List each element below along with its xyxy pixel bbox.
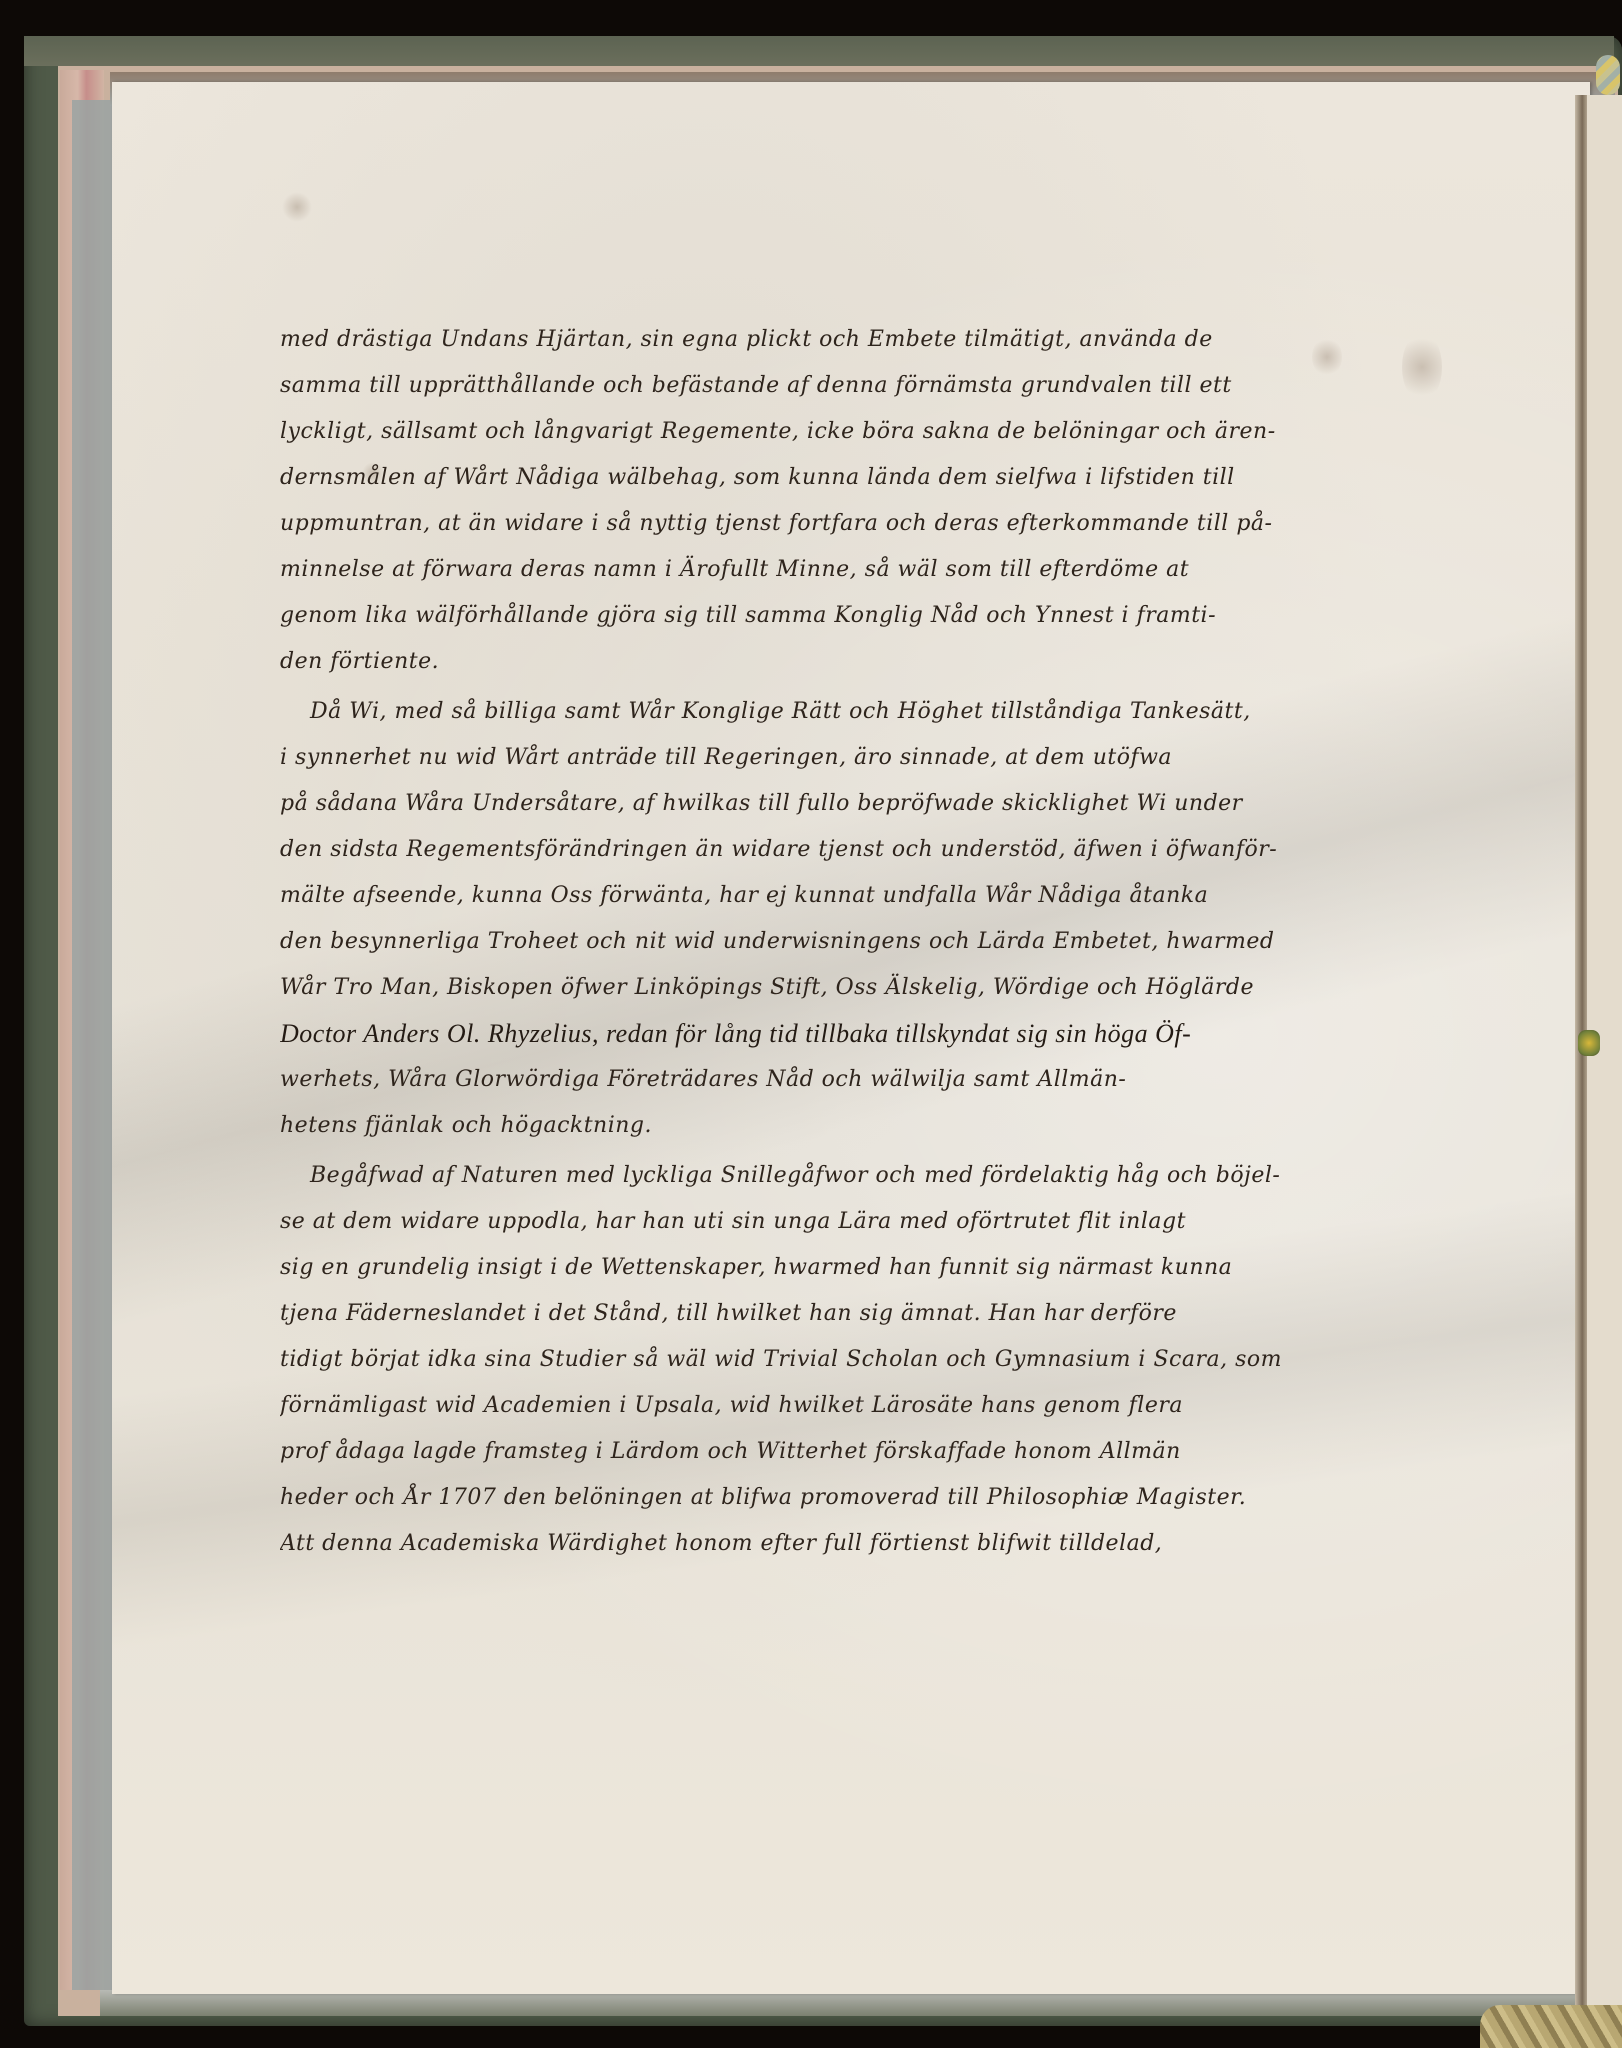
paragraph-2: Då Wi, med så billiga samt Wår Konglige … bbox=[280, 690, 1460, 1148]
text-line: samma till upprätthållande och befästand… bbox=[280, 364, 1460, 408]
text-line: Wår Tro Man, Biskopen öfwer Linköpings S… bbox=[280, 966, 1460, 1010]
text-line: den sidsta Regementsförändringen än wida… bbox=[280, 828, 1460, 872]
line-text: dernsmålen af Wårt Nådiga wälbehag, som … bbox=[280, 456, 1235, 500]
line-text: genom lika wälförhållande gjöra sig till… bbox=[280, 594, 1216, 638]
text-line: sig en grundelig insigt i de Wettenskape… bbox=[280, 1246, 1460, 1290]
line-text: tidigt börjat idka sina Studier så wäl w… bbox=[280, 1338, 1282, 1382]
line-text: heder och År 1707 den belöningen at blif… bbox=[280, 1476, 1246, 1520]
text-line: dernsmålen af Wårt Nådiga wälbehag, som … bbox=[280, 456, 1460, 500]
text-line: den förtiente. bbox=[280, 640, 1460, 684]
text-line: Då Wi, med så billiga samt Wår Konglige … bbox=[280, 690, 1460, 734]
paragraph-1: med drästiga Undans Hjärtan, sin egna pl… bbox=[280, 318, 1460, 684]
line-text: samma till upprätthållande och befästand… bbox=[280, 364, 1232, 408]
text-line: Att denna Academiska Wärdighet honom eft… bbox=[280, 1522, 1460, 1566]
bookmark-cord bbox=[1480, 2005, 1622, 2048]
line-text: sig en grundelig insigt i de Wettenskape… bbox=[280, 1246, 1232, 1290]
paper-stain bbox=[282, 192, 312, 222]
text-line: se at dem widare uppodla, har han uti si… bbox=[280, 1200, 1460, 1244]
line-text: hetens fjänlak och högacktning. bbox=[280, 1104, 652, 1148]
line-text: med drästiga Undans Hjärtan, sin egna pl… bbox=[280, 318, 1213, 362]
line-text: på sådana Wåra Undersåtare, af hwilkas t… bbox=[280, 782, 1243, 826]
text-line-highlighted-name: Doctor Anders Ol. Rhyzelius, redan för l… bbox=[280, 1012, 1460, 1056]
binding-thread-knot bbox=[1578, 1030, 1600, 1056]
text-line: lyckligt, sällsamt och långvarigt Regeme… bbox=[280, 410, 1460, 454]
line-text: den sidsta Regementsförändringen än wida… bbox=[280, 828, 1277, 872]
text-line: minnelse at förwara deras namn i Ärofull… bbox=[280, 548, 1460, 592]
manuscript-text: med drästiga Undans Hjärtan, sin egna pl… bbox=[280, 318, 1460, 1566]
text-line: mälte afseende, kunna Oss förwänta, har … bbox=[280, 874, 1460, 918]
line-text: tjena Fäderneslandet i det Stånd, till h… bbox=[280, 1292, 1177, 1336]
text-line: tidigt börjat idka sina Studier så wäl w… bbox=[280, 1338, 1460, 1382]
text-line: förnämligast wid Academien i Upsala, wid… bbox=[280, 1384, 1460, 1428]
text-line: tjena Fäderneslandet i det Stånd, till h… bbox=[280, 1292, 1460, 1336]
cover-top-edge bbox=[24, 36, 1614, 66]
text-line: prof ådaga lagde framsteg i Lärdom och W… bbox=[280, 1430, 1460, 1474]
paragraph-3: Begåfwad af Naturen med lyckliga Snilleg… bbox=[280, 1154, 1460, 1566]
text-line: genom lika wälförhållande gjöra sig till… bbox=[280, 594, 1460, 638]
line-text: Wår Tro Man, Biskopen öfwer Linköpings S… bbox=[280, 966, 1254, 1010]
line-text: förnämligast wid Academien i Upsala, wid… bbox=[280, 1384, 1183, 1428]
line-text: mälte afseende, kunna Oss förwänta, har … bbox=[280, 874, 1208, 918]
line-text: minnelse at förwara deras namn i Ärofull… bbox=[280, 548, 1189, 592]
blue-endpaper-strip bbox=[72, 100, 117, 1990]
line-text: lyckligt, sällsamt och långvarigt Regeme… bbox=[280, 410, 1276, 454]
line-text: den förtiente. bbox=[280, 640, 439, 684]
text-line: hetens fjänlak och högacktning. bbox=[280, 1104, 1460, 1148]
line-text: se at dem widare uppodla, har han uti si… bbox=[280, 1200, 1186, 1244]
line-text: Att denna Academiska Wärdighet honom eft… bbox=[280, 1522, 1162, 1566]
text-line: Begåfwad af Naturen med lyckliga Snilleg… bbox=[280, 1154, 1460, 1198]
binding-thread-top bbox=[1596, 55, 1620, 95]
line-text: Begåfwad af Naturen med lyckliga Snilleg… bbox=[310, 1154, 1280, 1198]
line-text: den besynnerliga Troheet och nit wid und… bbox=[280, 920, 1274, 964]
text-line: heder och År 1707 den belöningen at blif… bbox=[280, 1476, 1460, 1520]
text-line: med drästiga Undans Hjärtan, sin egna pl… bbox=[280, 318, 1460, 362]
text-line: werhets, Wåra Glorwördiga Företrädares N… bbox=[280, 1058, 1460, 1102]
text-line: i synnerhet nu wid Wårt anträde till Reg… bbox=[280, 736, 1460, 780]
line-text: uppmuntran, at än widare i så nyttig tje… bbox=[280, 502, 1272, 546]
line-text: werhets, Wåra Glorwördiga Företrädares N… bbox=[280, 1058, 1126, 1102]
text-line: uppmuntran, at än widare i så nyttig tje… bbox=[280, 502, 1460, 546]
line-text: prof ådaga lagde framsteg i Lärdom och W… bbox=[280, 1430, 1181, 1474]
line-text: i synnerhet nu wid Wårt anträde till Reg… bbox=[280, 736, 1172, 780]
text-line: den besynnerliga Troheet och nit wid und… bbox=[280, 920, 1460, 964]
line-text: Doctor Anders Ol. Rhyzelius, redan för l… bbox=[280, 1012, 1191, 1056]
line-text: Då Wi, med så billiga samt Wår Konglige … bbox=[310, 690, 1251, 734]
text-line: på sådana Wåra Undersåtare, af hwilkas t… bbox=[280, 782, 1460, 826]
